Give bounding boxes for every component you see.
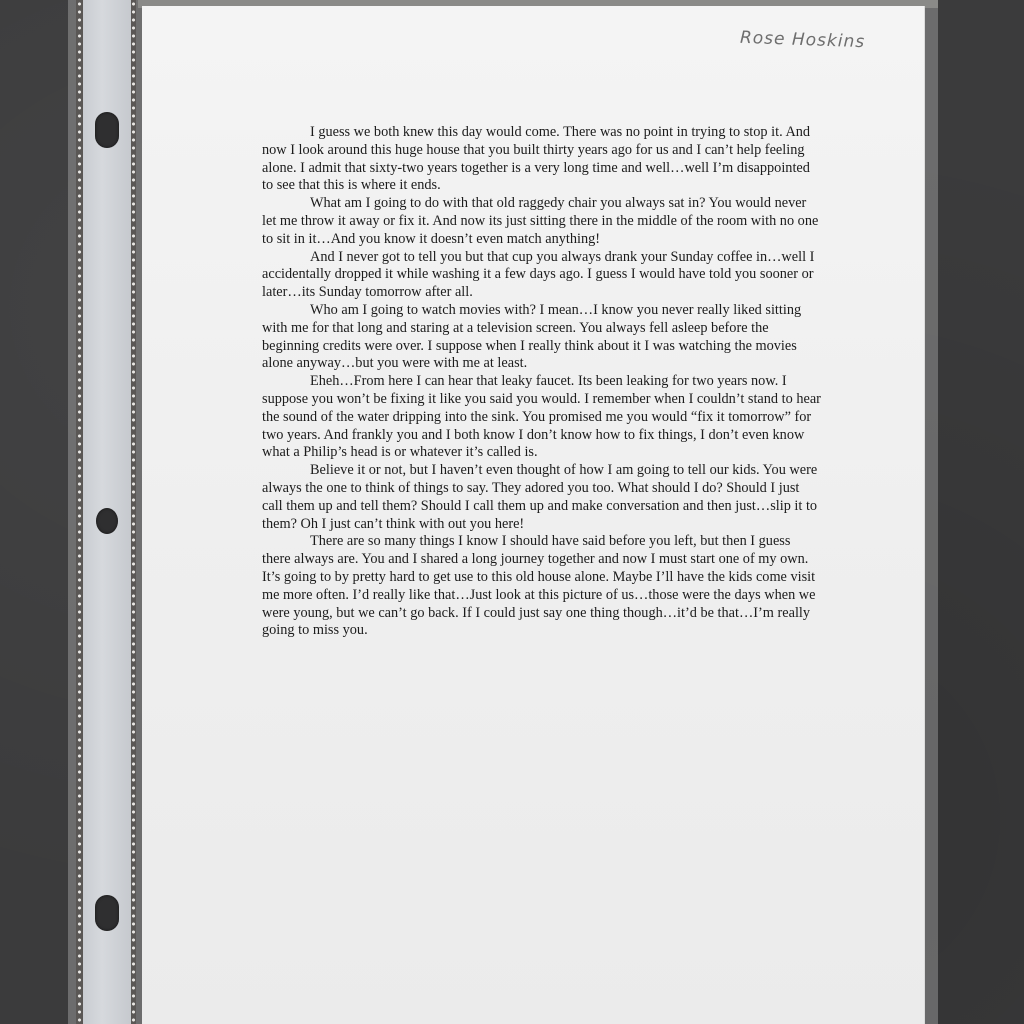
paragraph: And I never got to tell you but that cup… [262, 249, 822, 302]
binder-hole-middle [96, 508, 118, 534]
perforation-left [77, 0, 82, 1024]
paragraph: Who am I going to watch movies with? I m… [262, 302, 822, 373]
paragraph: Eheh…From here I can hear that leaky fau… [262, 373, 822, 462]
paragraph: I guess we both knew this day would come… [262, 124, 822, 195]
paragraph: Believe it or not, but I haven’t even th… [262, 462, 822, 533]
binder-hole-top [95, 112, 119, 148]
letter-body: I guess we both knew this day would come… [262, 124, 822, 640]
binder-hole-bottom [95, 895, 119, 931]
perforation-right [131, 0, 136, 1024]
paragraph: There are so many things I know I should… [262, 533, 822, 640]
paragraph: What am I going to do with that old ragg… [262, 195, 822, 248]
